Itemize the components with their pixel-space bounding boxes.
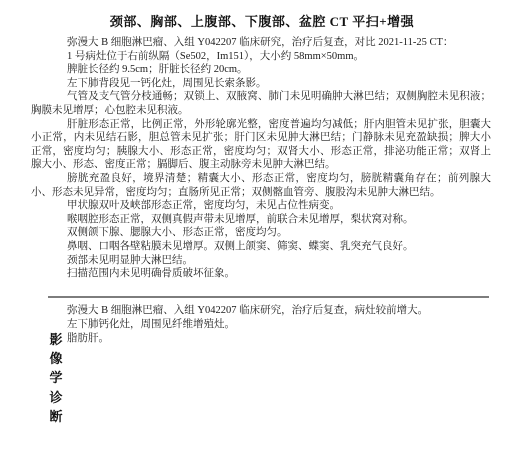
diagnosis-paragraph: 左下肺钙化灶，周围见纤维增殖灶。 <box>31 318 491 332</box>
diagnosis-section: 弥漫大 B 细胞淋巴瘤、入组 Y042207 临床研究，治疗后复查，病灶较前增大… <box>31 304 491 346</box>
findings-paragraph: 颈部未见明显肿大淋巴结。 <box>31 254 491 268</box>
findings-paragraph: 甲状腺双叶及峡部形态正常，密度均匀，未见占位性病变。 <box>31 199 491 213</box>
findings-paragraph: 气管及支气管分枝通畅；双锁上、双腋窝、肺门未见明确肿大淋巴结；双侧胸腔未见积液；… <box>31 90 491 117</box>
findings-paragraph: 左下肺背段见一钙化灶，周围见长索条影。 <box>31 77 491 91</box>
findings-paragraph: 喉咽腔形态正常，双侧真假声带未见增厚，前联合未见增厚，梨状窝对称。 <box>31 213 491 227</box>
findings-paragraph: 膀胱充盈良好，境界清楚；精囊大小、形态正常，密度均匀，膀胱精囊角存在；前列腺大小… <box>31 172 491 199</box>
diagnosis-label-char: 断 <box>48 407 64 426</box>
diagnosis-label-char: 像 <box>48 349 64 368</box>
findings-paragraph: 脾脏长径约 9.5cm；肝脏长径约 20cm。 <box>31 63 491 77</box>
section-divider <box>48 296 489 298</box>
findings-paragraph: 肝脏形态正常，比例正常，外形轮廓光整，密度普遍均匀减低；肝内胆管未见扩张，胆囊大… <box>31 118 491 172</box>
findings-paragraph: 鼻咽、口咽各壁粘膜未见增厚。双侧上颌窦、筛窦、蝶窦、乳突充气良好。 <box>31 240 491 254</box>
diagnosis-paragraph: 弥漫大 B 细胞淋巴瘤、入组 Y042207 临床研究，治疗后复查，病灶较前增大… <box>31 304 491 318</box>
diagnosis-label-char: 诊 <box>48 388 64 407</box>
report-title: 颈部、胸部、上腹部、下腹部、盆腔 CT 平扫+增强 <box>0 11 524 30</box>
findings-paragraph: 双侧颌下腺、腮腺大小、形态正常，密度均匀。 <box>31 226 491 240</box>
diagnosis-label-char: 学 <box>48 368 64 387</box>
diagnosis-paragraph: 脂肪肝。 <box>31 332 491 346</box>
findings-section: 弥漫大 B 细胞淋巴瘤、入组 Y042207 临床研究，治疗后复查，对比 202… <box>31 36 491 281</box>
findings-paragraph: 弥漫大 B 细胞淋巴瘤、入组 Y042207 临床研究，治疗后复查，对比 202… <box>31 36 491 50</box>
ct-report-page: 颈部、胸部、上腹部、下腹部、盆腔 CT 平扫+增强 弥漫大 B 细胞淋巴瘤、入组… <box>0 0 524 450</box>
findings-paragraph: 扫描范围内未见明确骨质破坏征象。 <box>31 267 491 281</box>
findings-paragraph: 1 号病灶位于右前纵隔（Se502，Im151），大小约 58mm×50mm。 <box>31 50 491 64</box>
